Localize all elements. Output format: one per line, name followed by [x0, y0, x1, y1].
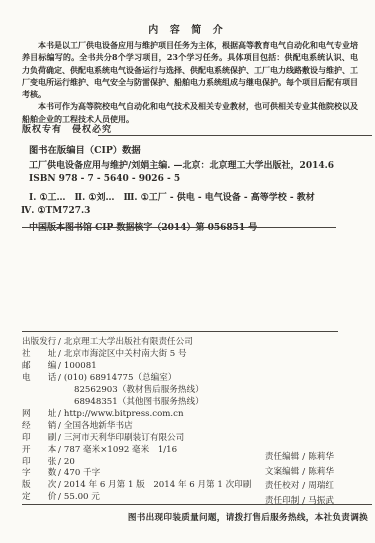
- staff-block: 责任编辑/陈莉华 文案编辑/陈莉华 责任校对/周瑞红 责任印制/马振武: [265, 450, 334, 508]
- row-value: (010) 68914775（总编室）: [64, 373, 177, 385]
- row-value: 68948351（其他图书服务热线）: [74, 397, 204, 409]
- staff-label: 文案编辑: [265, 467, 299, 477]
- staff-value: 陈莉华: [308, 452, 334, 462]
- slash-separator: /: [302, 452, 305, 462]
- slash-separator: /: [58, 445, 61, 457]
- slash-separator: /: [58, 492, 61, 504]
- quality-note: 图书出现印装质量问题，请拨打售后服务热线，本社负责调换: [128, 511, 368, 523]
- row-label: 印 刷: [22, 433, 57, 445]
- publication-row: 出版发行/北京理工大学出版社有限责任公司: [22, 337, 322, 349]
- row-value: 北京市海淀区中关村南大街 5 号: [64, 349, 187, 361]
- row-value: 82562903（教材售后服务热线）: [74, 385, 204, 397]
- publication-row: 电 话/(010) 68914775（总编室）: [22, 373, 322, 385]
- staff-row: 责任校对/周瑞红: [265, 479, 334, 494]
- slash-separator: /: [58, 361, 61, 373]
- publication-row: 网 址/http://www.bitpress.com.cn: [22, 409, 322, 421]
- slash-separator: /: [58, 409, 61, 421]
- row-value: 20: [64, 457, 75, 469]
- cip-title-line: 工厂供电设备应用与维护/刘娟主编. —北京：北京理工大学出版社，2014.6: [29, 160, 357, 173]
- staff-row: 文案编辑/陈莉华: [265, 465, 334, 480]
- publication-row: 印 刷/三河市天利华印刷装订有限公司: [22, 433, 322, 445]
- row-value: 100081: [64, 361, 97, 373]
- cip-block: 图书在版编目（CIP）数据 工厂供电设备应用与维护/刘娟主编. —北京：北京理工…: [29, 144, 357, 235]
- intro-block: 本书是以工厂供电设备应用与维护项目任务为主体，根据高等教育电气自动化和电气专业培…: [22, 39, 358, 125]
- row-value: 55.00 元: [64, 492, 100, 504]
- price-bottom-rule: [22, 504, 372, 505]
- slash-separator: /: [58, 457, 61, 469]
- row-label: 字 数: [22, 468, 57, 480]
- row-label: 定 价: [22, 492, 57, 504]
- slash-separator: /: [58, 468, 61, 480]
- row-value: 北京理工大学出版社有限责任公司: [64, 337, 193, 349]
- slash-separator: /: [58, 480, 61, 492]
- cip-bottom-rule: [22, 227, 336, 228]
- row-value: 787 毫米×1092 毫米 1/16: [64, 445, 177, 457]
- slash-separator: /: [302, 481, 305, 491]
- row-label: 经 销: [22, 421, 57, 433]
- row-value: 470 千字: [64, 468, 100, 480]
- row-label: 版 次: [22, 480, 57, 492]
- slash-separator: /: [302, 467, 305, 477]
- row-value: 2014 年 6 月第 1 版 2014 年 6 月第 1 次印刷: [64, 480, 251, 492]
- intro-paragraph-1: 本书是以工厂供电设备应用与维护项目任务为主体，根据高等教育电气自动化和电气专业培…: [22, 39, 358, 100]
- publication-row-continuation: 68948351（其他图书服务热线）: [22, 397, 322, 409]
- publication-row-continuation: 82562903（教材售后服务热线）: [22, 385, 322, 397]
- cip-isbn: ISBN 978 - 7 - 5640 - 9026 - 5: [29, 173, 357, 186]
- staff-row: 责任印制/马振武: [265, 494, 334, 509]
- copyright-rule: [98, 135, 372, 136]
- row-value: 三河市天利华印刷装订有限公司: [64, 433, 184, 445]
- slash-separator: /: [58, 349, 61, 361]
- cip-class-line-1: Ⅰ. ①工… Ⅱ. ①刘… Ⅲ. ①工厂 - 供电 - 电气设备 - 高等学校 …: [29, 192, 357, 205]
- section-title: 内 容 简 介: [0, 21, 375, 36]
- staff-label: 责任编辑: [265, 452, 299, 462]
- slash-separator: /: [58, 337, 61, 349]
- slash-separator: /: [58, 421, 61, 433]
- row-value: 全国各地新华书店: [64, 421, 133, 433]
- slash-separator: /: [58, 433, 61, 445]
- slash-separator: /: [58, 373, 61, 385]
- staff-row: 责任编辑/陈莉华: [265, 450, 334, 465]
- row-label: 印 张: [22, 457, 57, 469]
- publication-row: 邮 编/100081: [22, 361, 322, 373]
- row-value: http://www.bitpress.com.cn: [64, 409, 184, 421]
- publication-row: 社 址/北京市海淀区中关村南大街 5 号: [22, 349, 322, 361]
- staff-value: 陈莉华: [308, 467, 334, 477]
- cip-heading: 图书在版编目（CIP）数据: [29, 144, 357, 157]
- row-label: 开 本: [22, 445, 57, 457]
- row-label: 社 址: [22, 349, 57, 361]
- staff-value: 周瑞红: [308, 481, 334, 491]
- copyright-page: 内 容 简 介 本书是以工厂供电设备应用与维护项目任务为主体，根据高等教育电气自…: [0, 0, 375, 543]
- copyright-notice: 版权专有 侵权必究: [22, 122, 112, 135]
- cip-class-line-2: Ⅳ. ①TM727.3: [21, 205, 357, 218]
- cip-registry: 中国版本图书馆 CIP 数据核字（2014）第 056851 号: [29, 222, 357, 235]
- row-label: 邮 编: [22, 361, 57, 373]
- row-label: 网 址: [22, 409, 57, 421]
- publication-top-rule: [22, 331, 338, 332]
- publication-row: 经 销/全国各地新华书店: [22, 421, 322, 433]
- staff-label: 责任校对: [265, 481, 299, 491]
- row-label: 电 话: [22, 373, 57, 385]
- row-label: 出版发行: [22, 337, 57, 349]
